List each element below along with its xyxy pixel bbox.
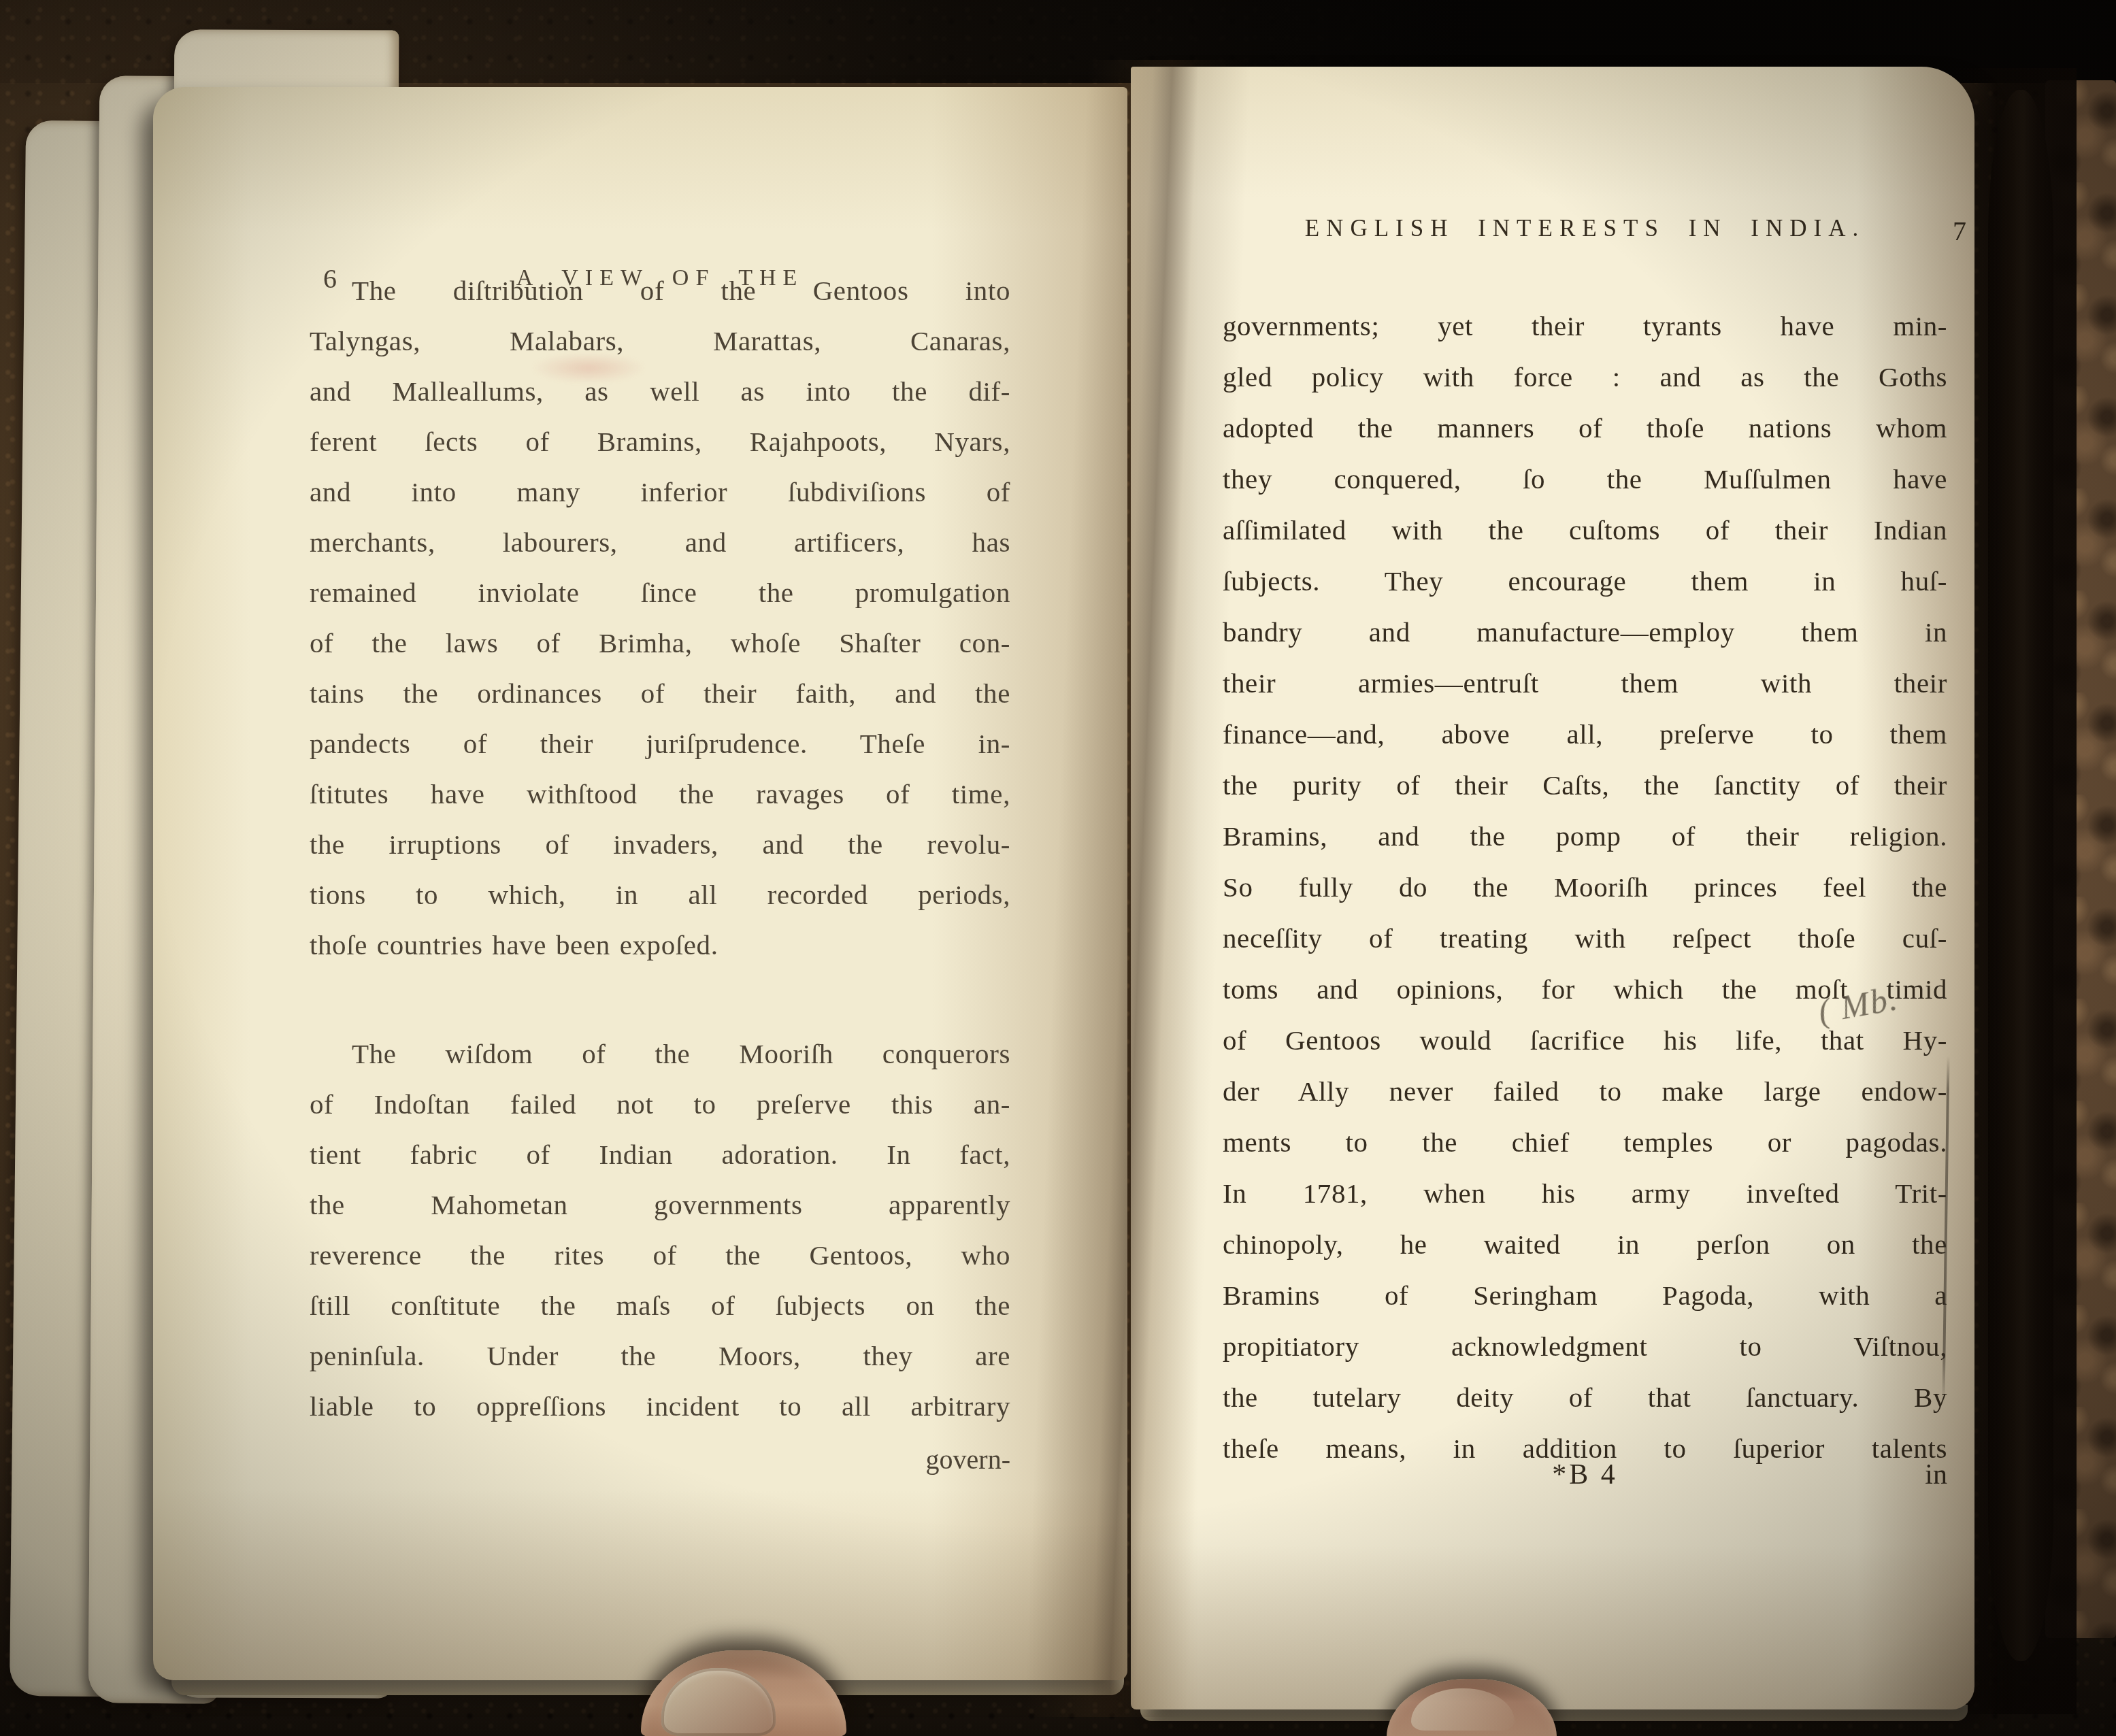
catchword-left: govern- <box>310 1443 1010 1475</box>
text-line: and Malleallums, as well as into the dif… <box>310 366 1010 416</box>
text-line: pandects of their juriſprudence. Theſe i… <box>310 718 1010 769</box>
text-line: the irruptions of invaders, and the revo… <box>310 819 1010 869</box>
text-line: tient fabric of Indian adoration. In fac… <box>310 1129 1010 1180</box>
text-line: Talyngas, Malabars, Marattas, Canaras, <box>310 316 1010 366</box>
left-page: 6 A VIEW OF THE The diſtribution of the … <box>153 87 1127 1680</box>
text-line: aſſimilated with the cuſtoms of their In… <box>1223 505 1947 556</box>
text-line: tains the ordinances of their faith, and… <box>310 668 1010 718</box>
text-line: and into many inferior ſubdiviſions of <box>310 467 1010 517</box>
text-line: ſubjects. They encourage them in huſ- <box>1223 556 1947 607</box>
text-line: gled policy with force : and as the Goth… <box>1223 352 1947 403</box>
text-line: The diſtribution of the Gentoos into <box>310 265 1010 316</box>
text-line: of Indoſtan failed not to preſerve this … <box>310 1079 1010 1129</box>
signature-mark: *B 4 <box>1223 1458 1947 1491</box>
right-page: ENGLISH INTERESTS IN INDIA. 7 government… <box>1131 67 1974 1709</box>
catchword-right: in <box>1925 1458 1947 1491</box>
text-line: ferent ſects of Bramins, Rajahpoots, Nya… <box>310 416 1010 467</box>
text-line: tions to which, in all recorded periods, <box>310 869 1010 920</box>
text-line: propitiatory acknowledgment to Viſtnou, <box>1223 1321 1947 1372</box>
text-line: reverence the rites of the Gentoos, who <box>310 1230 1010 1280</box>
text-line: bandry and manufacture—employ them in <box>1223 607 1947 658</box>
text-line: thoſe countries have been expoſed. <box>310 920 1010 970</box>
page-number-right: 7 <box>1953 215 1966 247</box>
text-line: their armies—entruſt them with their <box>1223 658 1947 709</box>
text-line: chinopoly, he waited in perſon on the <box>1223 1219 1947 1270</box>
fingernail <box>1411 1688 1515 1731</box>
text-line: finance—and, above all, preſerve to them <box>1223 709 1947 760</box>
text-line: ſtitutes have withſtood the ravages of t… <box>310 769 1010 819</box>
text-line: der Ally never failed to make large endo… <box>1223 1066 1947 1117</box>
text-line: remained inviolate ſince the promulgatio… <box>310 567 1010 618</box>
text-line: merchants, labourers, and artificers, ha… <box>310 517 1010 567</box>
text-line: peninſula. Under the Moors, they are <box>310 1331 1010 1381</box>
text-line: In 1781, when his army inveſted Trit- <box>1223 1168 1947 1219</box>
text-line: the tutelary deity of that ſanctuary. By <box>1223 1372 1947 1423</box>
text-line: adopted the manners of thoſe nations who… <box>1223 403 1947 454</box>
text-line: they conquered, ſo the Muſſulmen have <box>1223 454 1947 505</box>
running-header-right: ENGLISH INTERESTS IN INDIA. <box>1223 215 1947 242</box>
text-line: of the laws of Brimha, whoſe Shaſter con… <box>310 618 1010 668</box>
text-line: ſtill conſtitute the maſs of ſubjects on… <box>310 1280 1010 1331</box>
text-line: Bramins of Seringham Pagoda, with a <box>1223 1270 1947 1321</box>
text-line: liable to oppreſſions incident to all ar… <box>310 1381 1010 1431</box>
text-line: the purity of their Caſts, the ſanctity … <box>1223 760 1947 811</box>
fingernail <box>661 1668 776 1736</box>
paragraph: The wiſdom of the Mooriſh conquerorsof I… <box>310 1029 1010 1431</box>
text-line: The wiſdom of the Mooriſh conquerors <box>310 1029 1010 1079</box>
text-line: neceſſity of treating with reſpect thoſe… <box>1223 913 1947 964</box>
text-line: So fully do the Mooriſh princes feel the <box>1223 862 1947 913</box>
text-line: Bramins, and the pomp of their religion. <box>1223 811 1947 862</box>
paragraph: The diſtribution of the Gentoos intoTaly… <box>310 265 1010 970</box>
book-photo: 6 A VIEW OF THE The diſtribution of the … <box>0 0 2116 1736</box>
text-line: ments to the chief temples or pagodas. <box>1223 1117 1947 1168</box>
text-line: governments; yet their tyrants have min- <box>1223 301 1947 352</box>
text-line: the Mahometan governments apparently <box>310 1180 1010 1230</box>
paragraph: governments; yet their tyrants have min-… <box>1223 301 1947 1474</box>
